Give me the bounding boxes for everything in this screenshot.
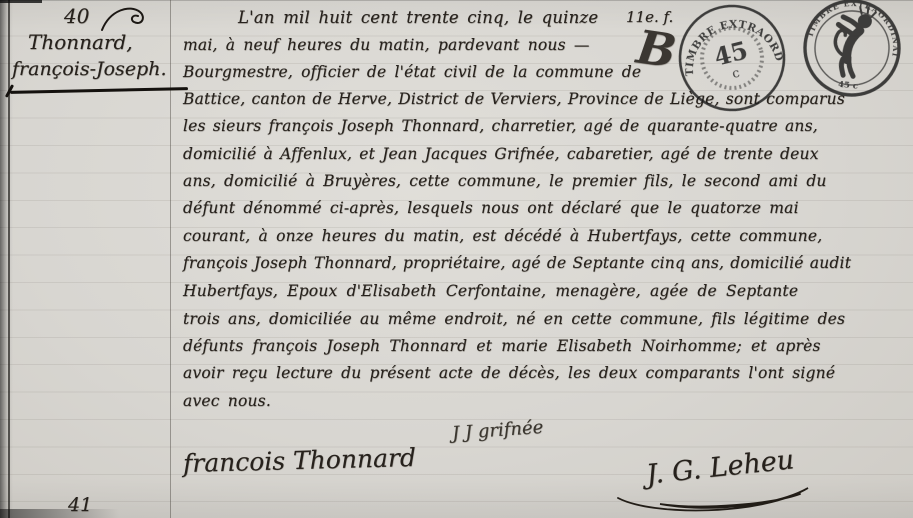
- act-line: Bourgmestre, officier de l'état civil de…: [183, 63, 641, 81]
- act-line: domicilié à Affenlux, et Jean Jacques Gr…: [183, 145, 819, 163]
- stamp-value-unit: c: [731, 66, 742, 82]
- deceased-surname: Thonnard,: [28, 30, 133, 54]
- margin-rule-line: [170, 0, 171, 518]
- act-line: Hubertfays, Epoux d'Elisabeth Cerfontain…: [183, 282, 798, 300]
- act-line: mai, à neuf heures du matin, pardevant n…: [183, 36, 590, 54]
- act-line: françois Joseph Thonnard, propriétaire, …: [183, 254, 851, 272]
- act-line: avec nous.: [183, 392, 271, 410]
- act-line: les sieurs françois Joseph Thonnard, cha…: [183, 117, 818, 135]
- act-line: défunts françois Joseph Thonnard et mari…: [183, 337, 821, 355]
- manuscript-page: 40 Thonnard, françois-Joseph. 41 L'an mi…: [0, 0, 913, 518]
- act-line: courant, à onze heures du matin, est déc…: [183, 227, 822, 245]
- deceased-given-names: françois-Joseph.: [12, 58, 167, 80]
- act-line: avoir reçu lecture du présent acte de dé…: [183, 364, 835, 382]
- page-top-hairline: [0, 0, 913, 1]
- margin-underline: [10, 87, 188, 94]
- act-line: trois ans, domiciliée au même endroit, n…: [183, 310, 845, 328]
- lion-stamp: TIMBRE EXTRAORDINAIRE 45 c: [795, 0, 909, 105]
- record-number: 40: [64, 4, 89, 28]
- act-line: défunt dénommé ci-après, lesquels nous o…: [183, 199, 799, 217]
- next-record-number: 41: [68, 494, 92, 516]
- stamp-bottom-text: 45 c: [838, 80, 859, 92]
- act-line: L'an mil huit cent trente cinq, le quinz…: [238, 8, 598, 27]
- act-line: ans, domicilié à Bruyères, cette commune…: [183, 172, 827, 190]
- page-left-edge-line: [8, 0, 10, 518]
- signature-flourish: [612, 478, 822, 518]
- signature-witness: J J grifnée: [451, 417, 544, 444]
- signature-declarant: francois Thonnard: [183, 443, 417, 478]
- stamp-value: 45: [711, 36, 750, 72]
